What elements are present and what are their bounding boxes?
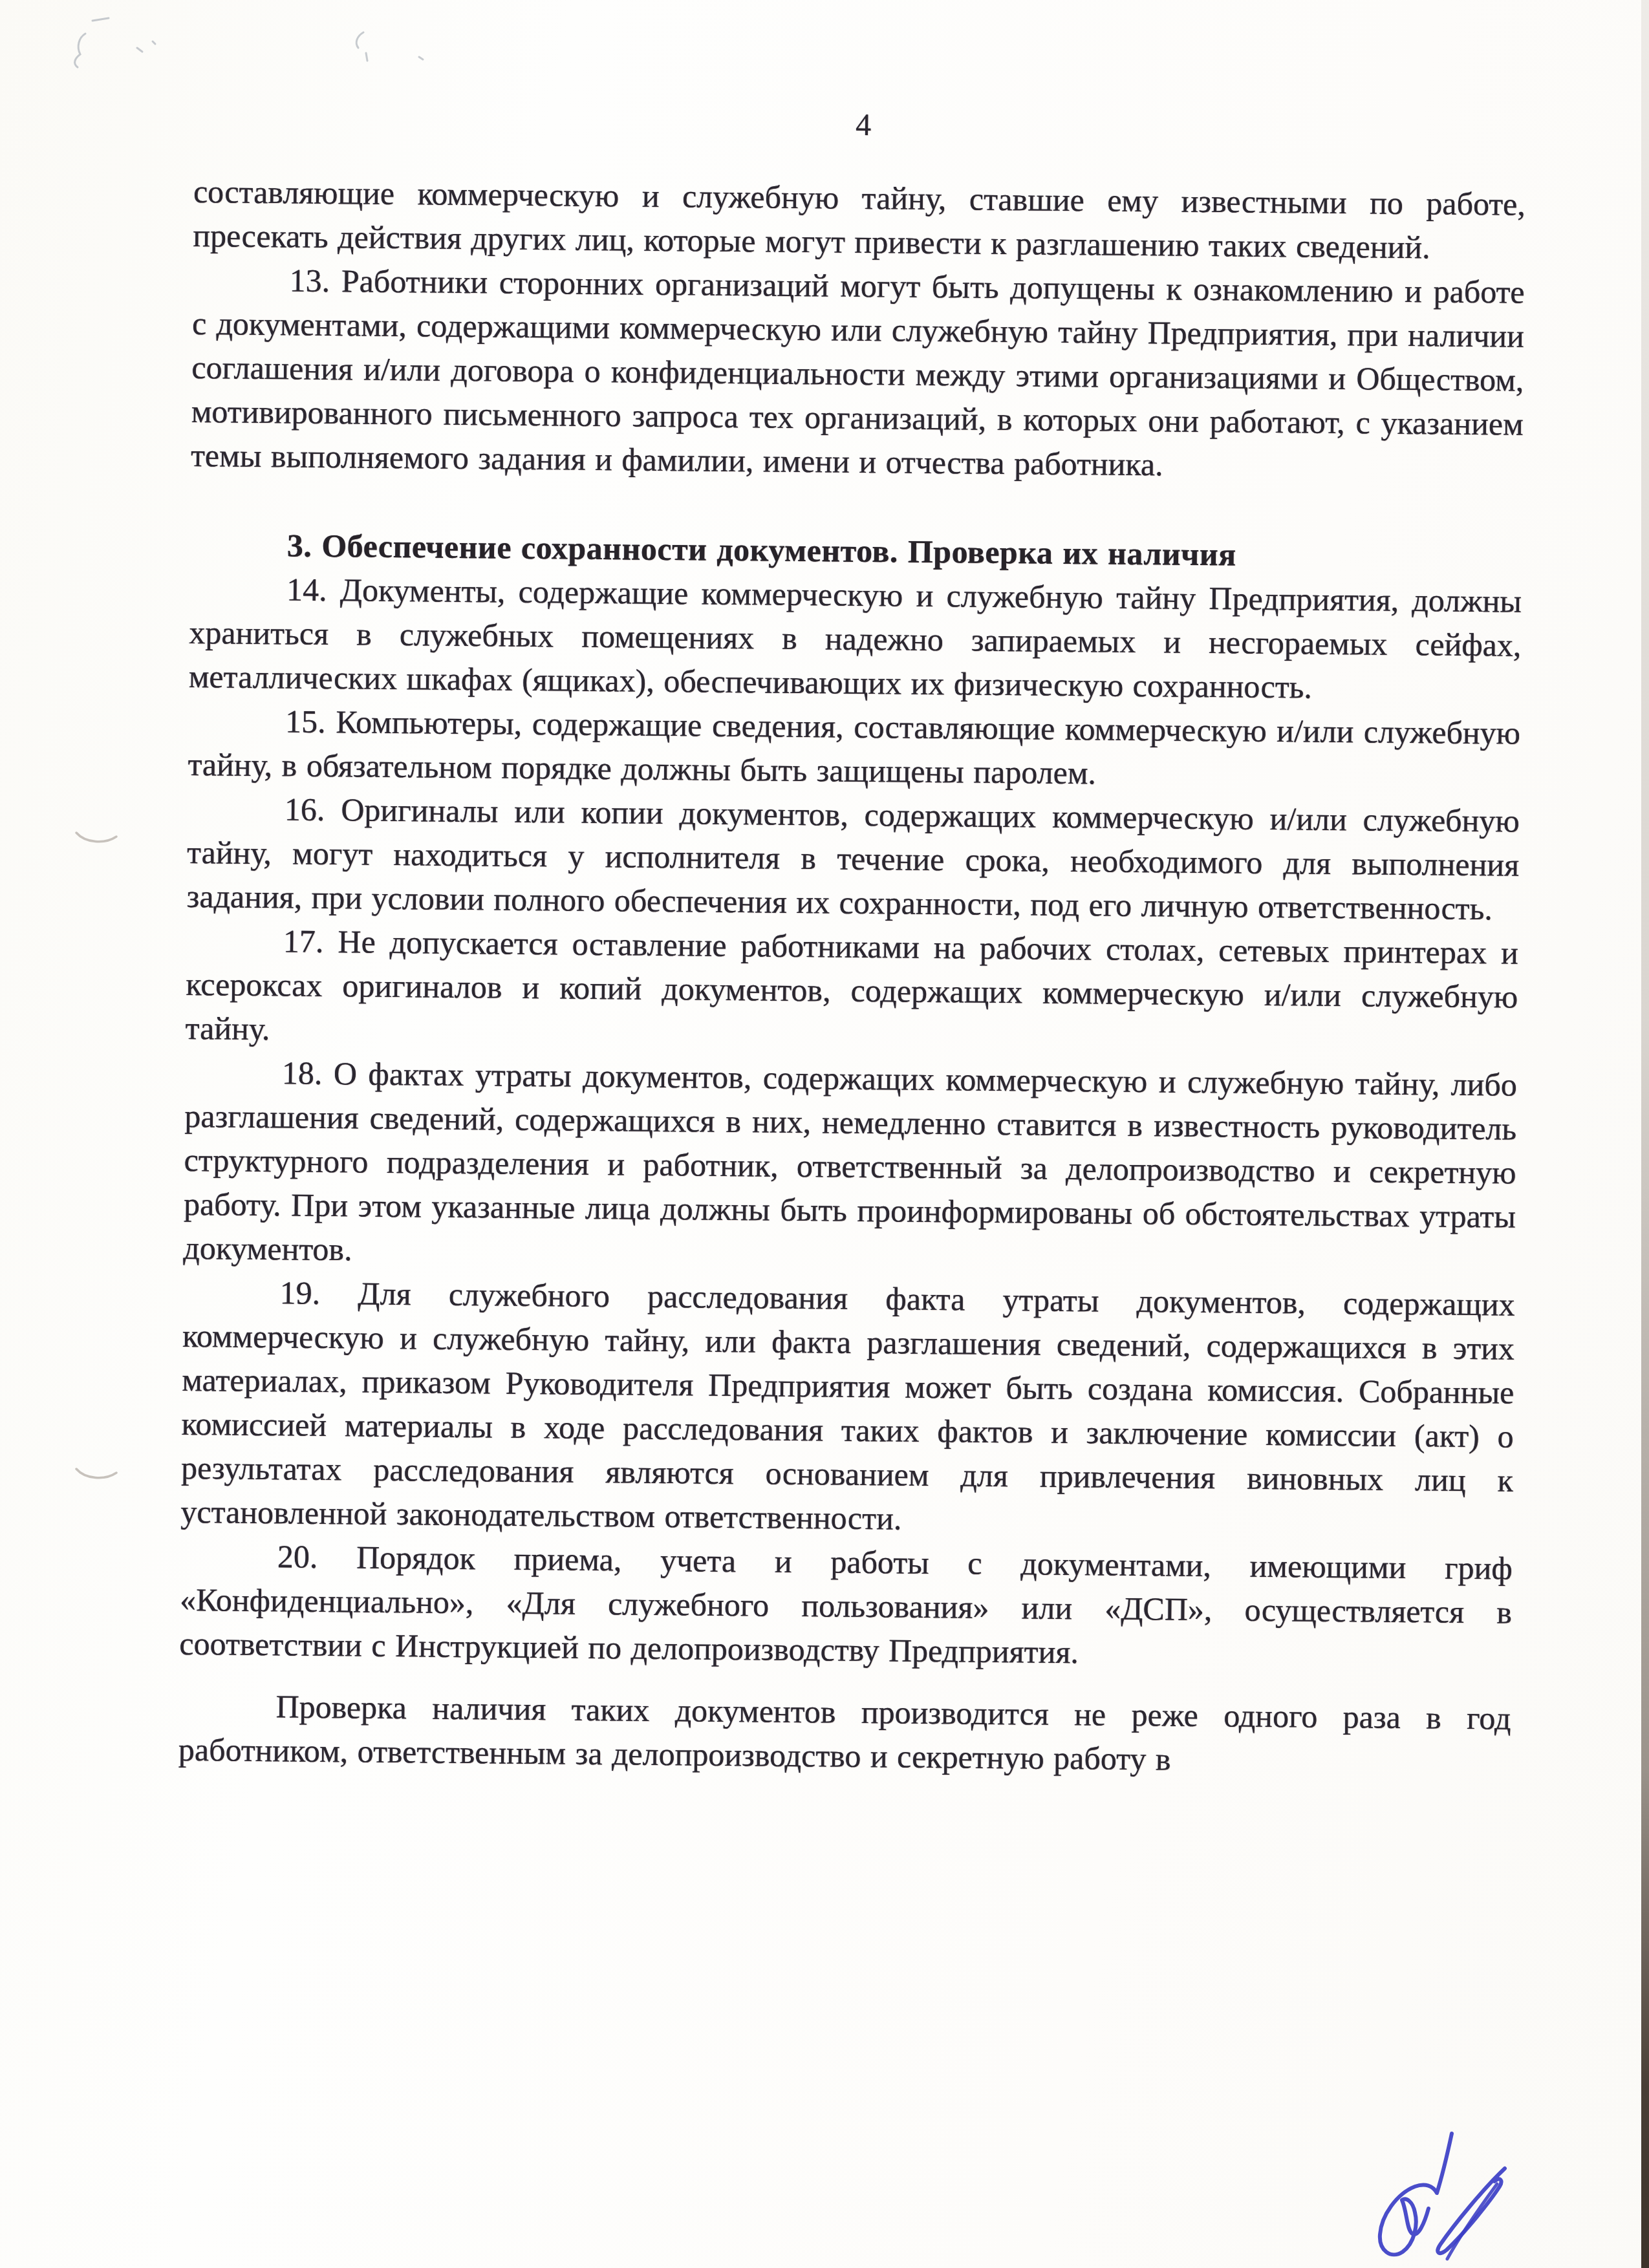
paragraph-17: 17. Не допускается оставление работникам… [185, 918, 1518, 1063]
paragraph-18: 18. О фактах утраты документов, содержащ… [183, 1050, 1517, 1283]
signature-tail-stroke [1447, 2184, 1497, 2259]
paragraph-continuation: составляющие коммерческую и служебную та… [193, 169, 1525, 270]
paragraph-20: 20. Порядок приема, учета и работы с док… [179, 1534, 1513, 1678]
document-content: 4 составляющие коммерческую и служебную … [0, 0, 1649, 1785]
signature-ink [1370, 2128, 1522, 2267]
paragraph-15: 15. Компьютеры, содержащие сведения, сос… [188, 698, 1520, 799]
signature-loop-stroke [1380, 2134, 1452, 2254]
paragraph-check-note: Проверка наличия таких документов произв… [178, 1684, 1511, 1784]
scanned-document-page: 4 составляющие коммерческую и служебную … [0, 0, 1649, 2268]
paragraph-19: 19. Для служебного расследования факта у… [180, 1270, 1515, 1546]
paragraph-14: 14. Документы, содержащие коммерческую и… [189, 566, 1522, 711]
paragraph-16: 16. Оригиналы или копии документов, соде… [186, 786, 1520, 931]
page-number: 4 [200, 97, 1527, 154]
paragraph-13: 13. Работники сторонних организаций могу… [191, 257, 1525, 490]
signature-flourish-stroke [1438, 2168, 1505, 2253]
scan-edge-artifact [1641, 0, 1649, 2268]
